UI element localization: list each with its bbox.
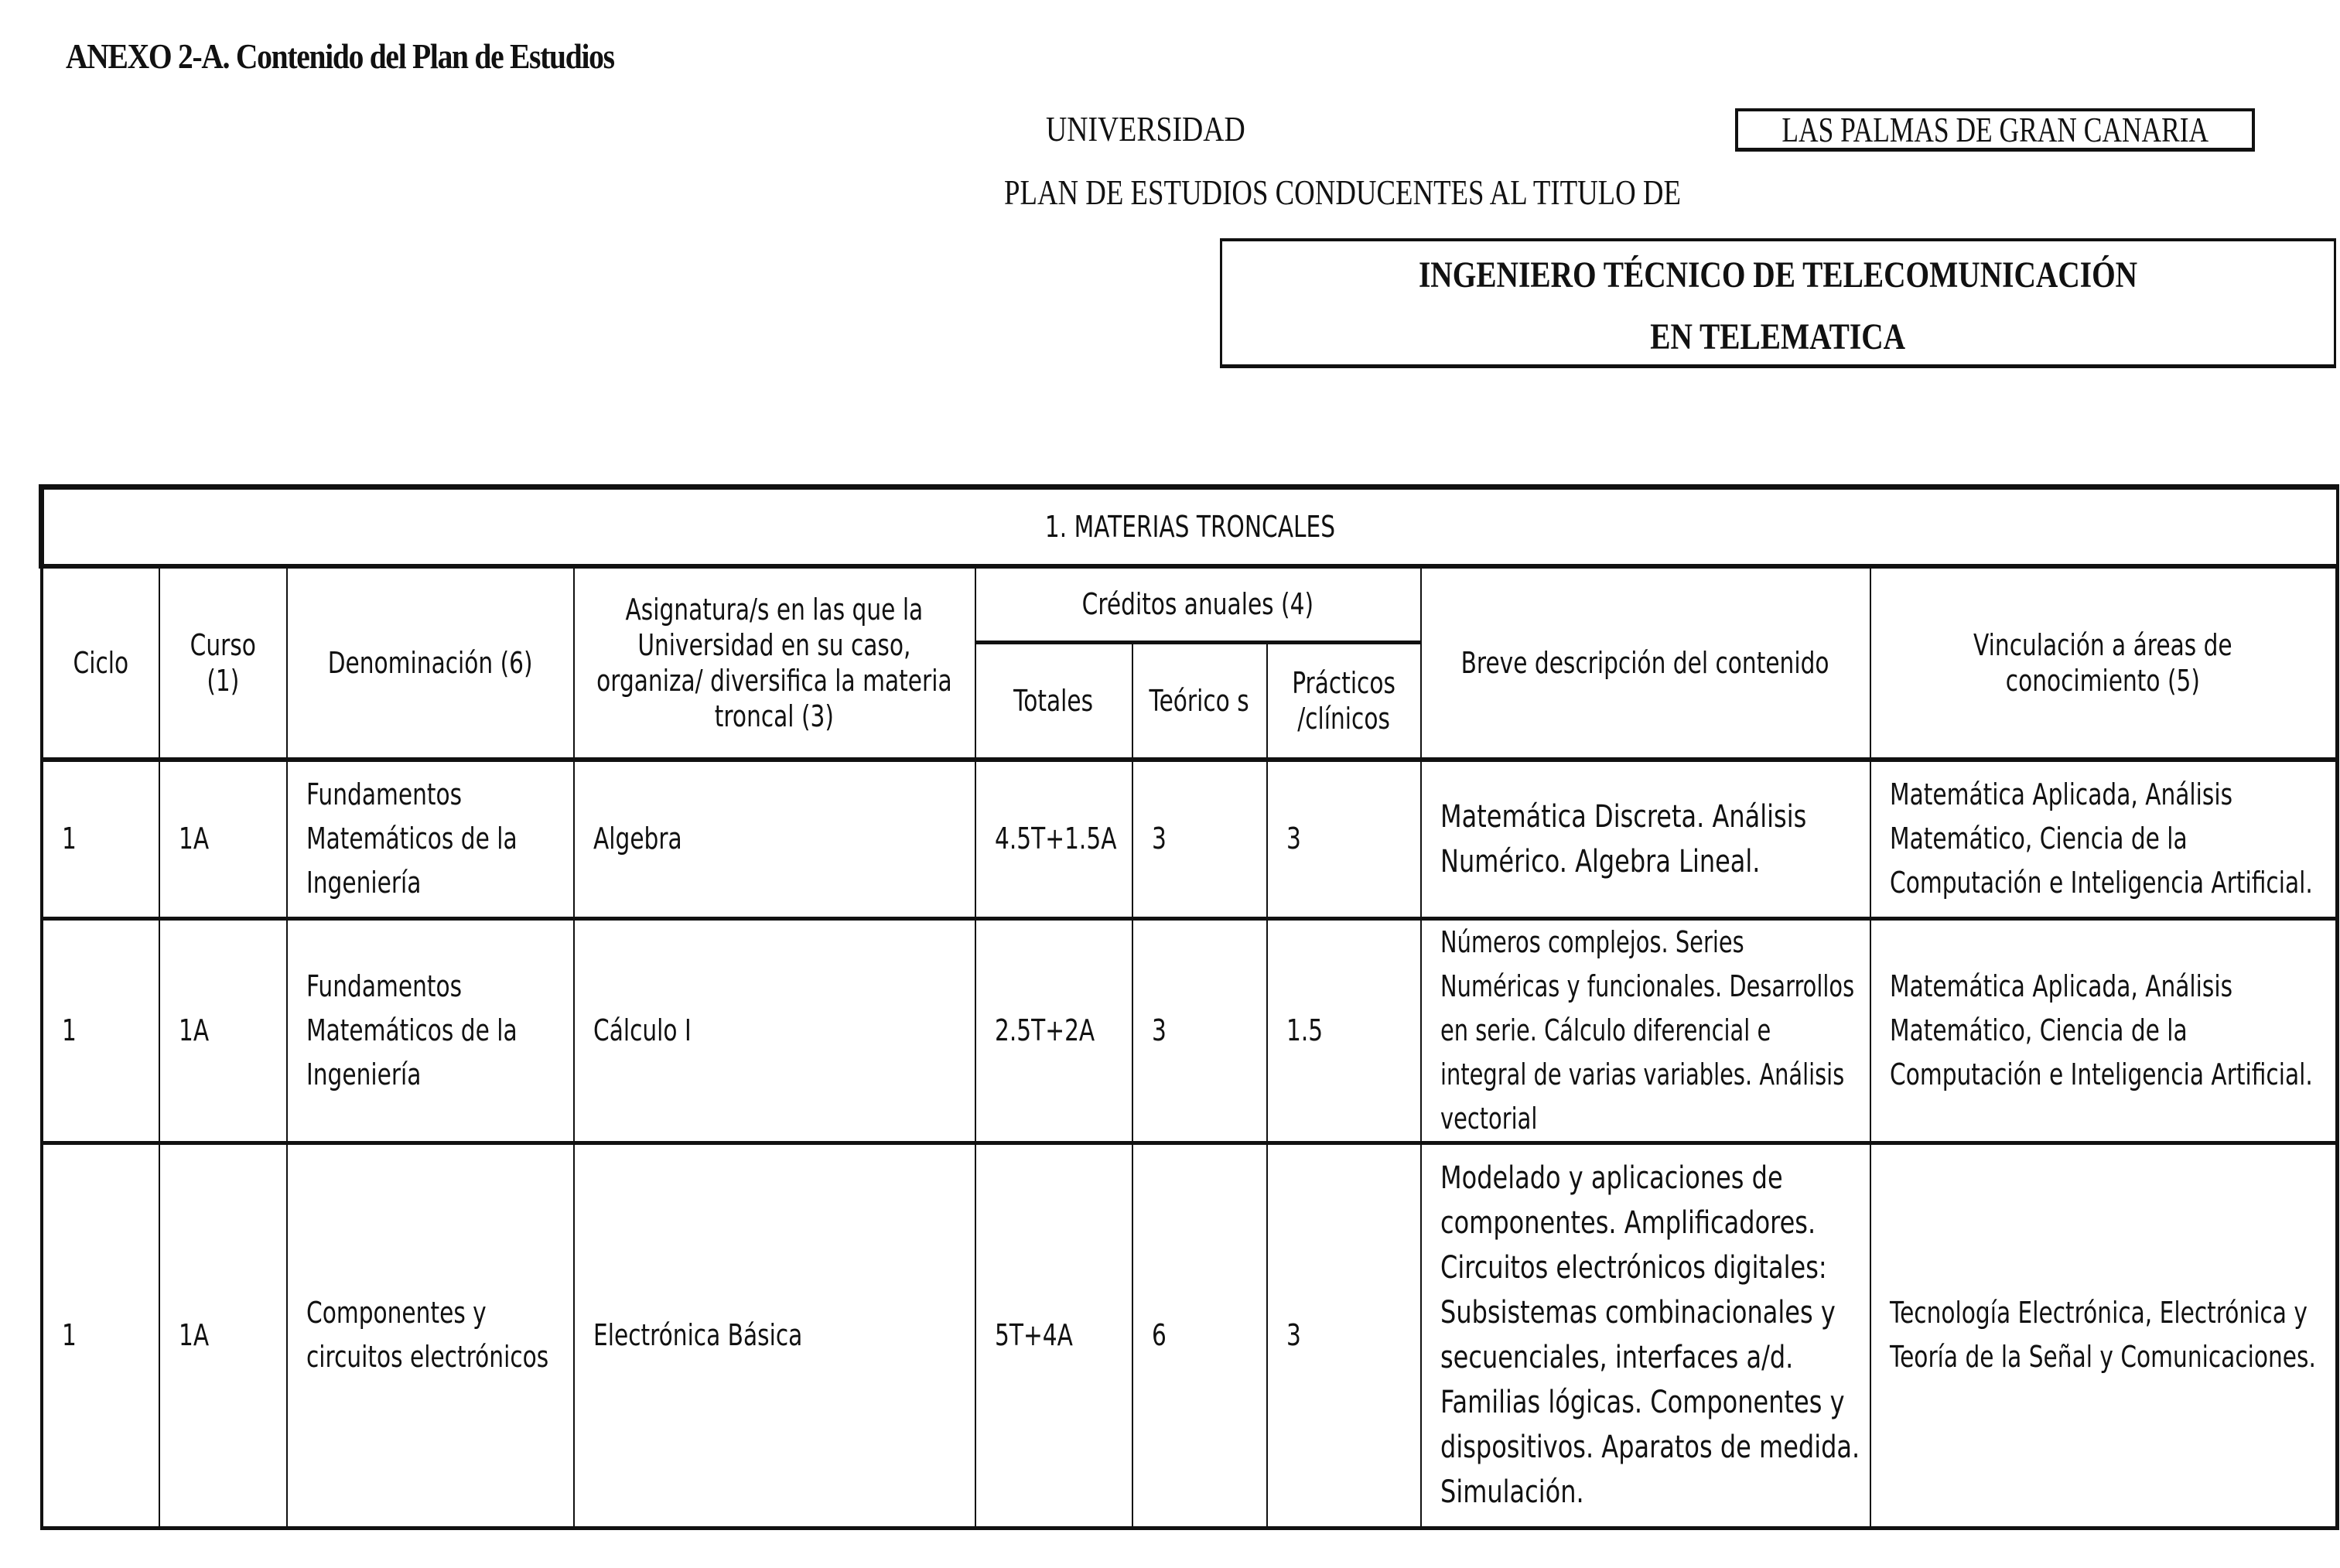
- cell-curso: 1A: [159, 1143, 287, 1528]
- cell-denominacion: Componentes y circuitos electrónicos: [287, 1143, 574, 1528]
- cell-asignatura: Algebra: [574, 760, 975, 918]
- cell-ciclo: 1: [42, 760, 159, 918]
- cell-denominacion: Fundamentos Matemáticos de la Ingeniería: [287, 918, 574, 1143]
- cell-teoricos: 3: [1132, 918, 1267, 1143]
- university-label: UNIVERSIDAD: [1046, 108, 1245, 149]
- column-header-denominacion: Denominación (6): [287, 566, 574, 760]
- table-row: 1 1A Fundamentos Matemáticos de la Ingen…: [42, 760, 2338, 918]
- column-header-teoricos: Teórico s: [1132, 642, 1267, 760]
- cell-totales: 2.5T+2A: [975, 918, 1132, 1143]
- section-title: 1. MATERIAS TRONCALES: [42, 487, 2338, 567]
- plan-label: PLAN DE ESTUDIOS CONDUCENTES AL TITULO D…: [1004, 172, 1681, 213]
- column-header-vinculacion: Vinculación a áreas de conocimiento (5): [1870, 566, 2338, 760]
- column-header-asignatura: Asignatura/s en las que la Universidad e…: [574, 566, 975, 760]
- column-header-ciclo: Ciclo: [42, 566, 159, 760]
- cell-asignatura: Electrónica Básica: [574, 1143, 975, 1528]
- cell-teoricos: 3: [1132, 760, 1267, 918]
- degree-title-line-1: INGENIERO TÉCNICO DE TELECOMUNICACIÓN: [1419, 254, 2137, 296]
- cell-ciclo: 1: [42, 1143, 159, 1528]
- cell-descripcion: Modelado y aplicaciones de componentes. …: [1421, 1143, 1870, 1528]
- column-header-descripcion: Breve descripción del contenido: [1421, 566, 1870, 760]
- cell-asignatura: Cálculo I: [574, 918, 975, 1143]
- cell-vinculacion: Matemática Aplicada, Análisis Matemático…: [1870, 918, 2338, 1143]
- cell-totales: 4.5T+1.5A: [975, 760, 1132, 918]
- column-header-curso: Curso (1): [159, 566, 287, 760]
- cell-totales: 5T+4A: [975, 1143, 1132, 1528]
- cell-practicos: 3: [1267, 760, 1421, 918]
- cell-descripcion: Matemática Discreta. Análisis Numérico. …: [1421, 760, 1870, 918]
- annex-title: ANEXO 2-A. Contenido del Plan de Estudio…: [66, 36, 614, 77]
- column-header-totales: Totales: [975, 642, 1132, 760]
- cell-curso: 1A: [159, 918, 287, 1143]
- cell-ciclo: 1: [42, 918, 159, 1143]
- cell-practicos: 1.5: [1267, 918, 1421, 1143]
- table-row: 1 1A Fundamentos Matemáticos de la Ingen…: [42, 918, 2338, 1143]
- university-name-box: LAS PALMAS DE GRAN CANARIA: [1735, 108, 2255, 152]
- cell-denominacion: Fundamentos Matemáticos de la Ingeniería: [287, 760, 574, 918]
- table-row: 1 1A Componentes y circuitos electrónico…: [42, 1143, 2338, 1528]
- column-header-creditos: Créditos anuales (4): [975, 566, 1421, 642]
- cell-curso: 1A: [159, 760, 287, 918]
- degree-title-line-2: EN TELEMATICA: [1651, 316, 1906, 358]
- column-header-practicos: Prácticos /clínicos: [1267, 642, 1421, 760]
- cell-descripcion: Números complejos. Series Numéricas y fu…: [1421, 918, 1870, 1143]
- cell-vinculacion: Tecnología Electrónica, Electrónica y Te…: [1870, 1143, 2338, 1528]
- cell-vinculacion: Matemática Aplicada, Análisis Matemático…: [1870, 760, 2338, 918]
- study-plan-table: 1. MATERIAS TRONCALES Ciclo Curso (1) De…: [39, 484, 2339, 1530]
- degree-title-box: INGENIERO TÉCNICO DE TELECOMUNICACIÓN EN…: [1220, 238, 2336, 368]
- cell-practicos: 3: [1267, 1143, 1421, 1528]
- university-name: LAS PALMAS DE GRAN CANARIA: [1781, 109, 2208, 150]
- cell-teoricos: 6: [1132, 1143, 1267, 1528]
